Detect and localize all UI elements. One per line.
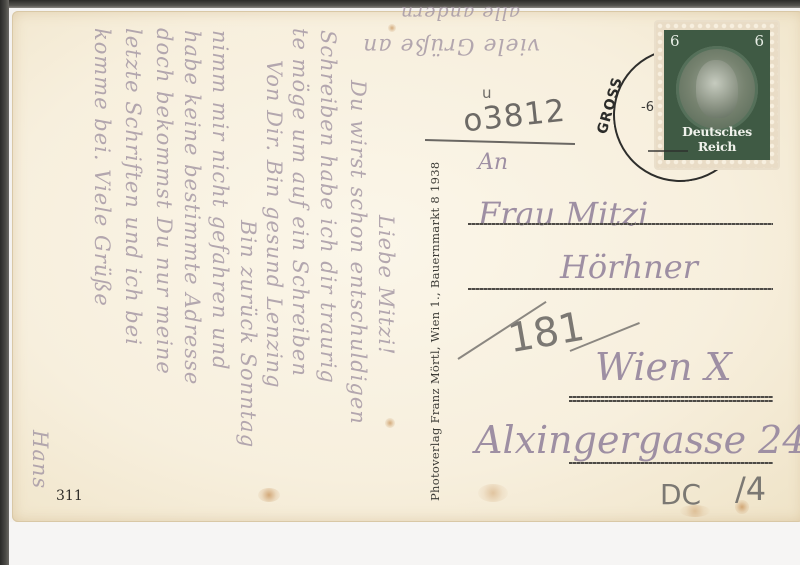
- address-rule: [569, 400, 773, 402]
- stamp-value-right: 6: [754, 32, 764, 50]
- message-line: Von Dir. Bin gesund Lenzing: [262, 60, 286, 389]
- postmark-cancel-bar: [648, 150, 688, 152]
- stamp-portrait-icon: [676, 46, 758, 132]
- stamp-value-left: 6: [670, 32, 680, 50]
- scanner-border-left: [0, 0, 9, 565]
- stain: [385, 418, 395, 428]
- message-line: komme bei. Viele Grüße: [90, 28, 114, 307]
- pencil-note-dc: DC: [660, 478, 701, 511]
- message-line: letzte Schriften und ich bei: [121, 28, 145, 346]
- message-line: Liebe Mitzi!: [374, 215, 398, 356]
- address-rule: [468, 288, 773, 290]
- stain: [258, 488, 280, 502]
- card-number: 311: [56, 488, 83, 504]
- address-rule: [569, 396, 773, 398]
- message-line: te möge um auf ein Schreiben: [288, 28, 312, 377]
- message-line: nimm mir nicht gefahren und: [208, 30, 232, 371]
- address-line-2: Hörhner: [560, 248, 698, 286]
- stamp-design: 6 6 Deutsches Reich: [664, 30, 770, 160]
- message-line: Schreiben habe ich dir traurig: [316, 30, 340, 384]
- message-line: Du wirst schon entschuldigen: [346, 80, 370, 425]
- address-line-4: Alxingergasse 24: [475, 418, 800, 462]
- address-rule: [569, 462, 773, 464]
- stain: [388, 24, 396, 32]
- address-line-3: Wien X: [595, 345, 732, 389]
- message-line: doch bekommst Du nur meine: [152, 28, 176, 375]
- stain: [478, 484, 508, 502]
- scanner-background: [9, 522, 800, 565]
- portrait-head: [696, 60, 738, 118]
- message-line-inverted: viele Grüße an: [362, 33, 540, 58]
- message-line: Hans: [28, 430, 52, 489]
- pencil-note-letter: u: [482, 84, 492, 102]
- message-line: habe keine bestimmte Adresse: [180, 30, 204, 385]
- message-line: Bin zurück Sonntag: [236, 220, 260, 448]
- address-rule: [468, 223, 773, 225]
- publisher-imprint: Photoverlag Franz Mörtl, Wien 1., Bauern…: [428, 162, 442, 501]
- pencil-note-fraction: /4: [735, 470, 766, 508]
- address-salutation: An: [478, 150, 508, 175]
- address-line-1: Frau Mitzi: [478, 195, 648, 233]
- postage-stamp: 6 6 Deutsches Reich: [656, 22, 778, 168]
- message-line-inverted: alle andern: [400, 2, 520, 24]
